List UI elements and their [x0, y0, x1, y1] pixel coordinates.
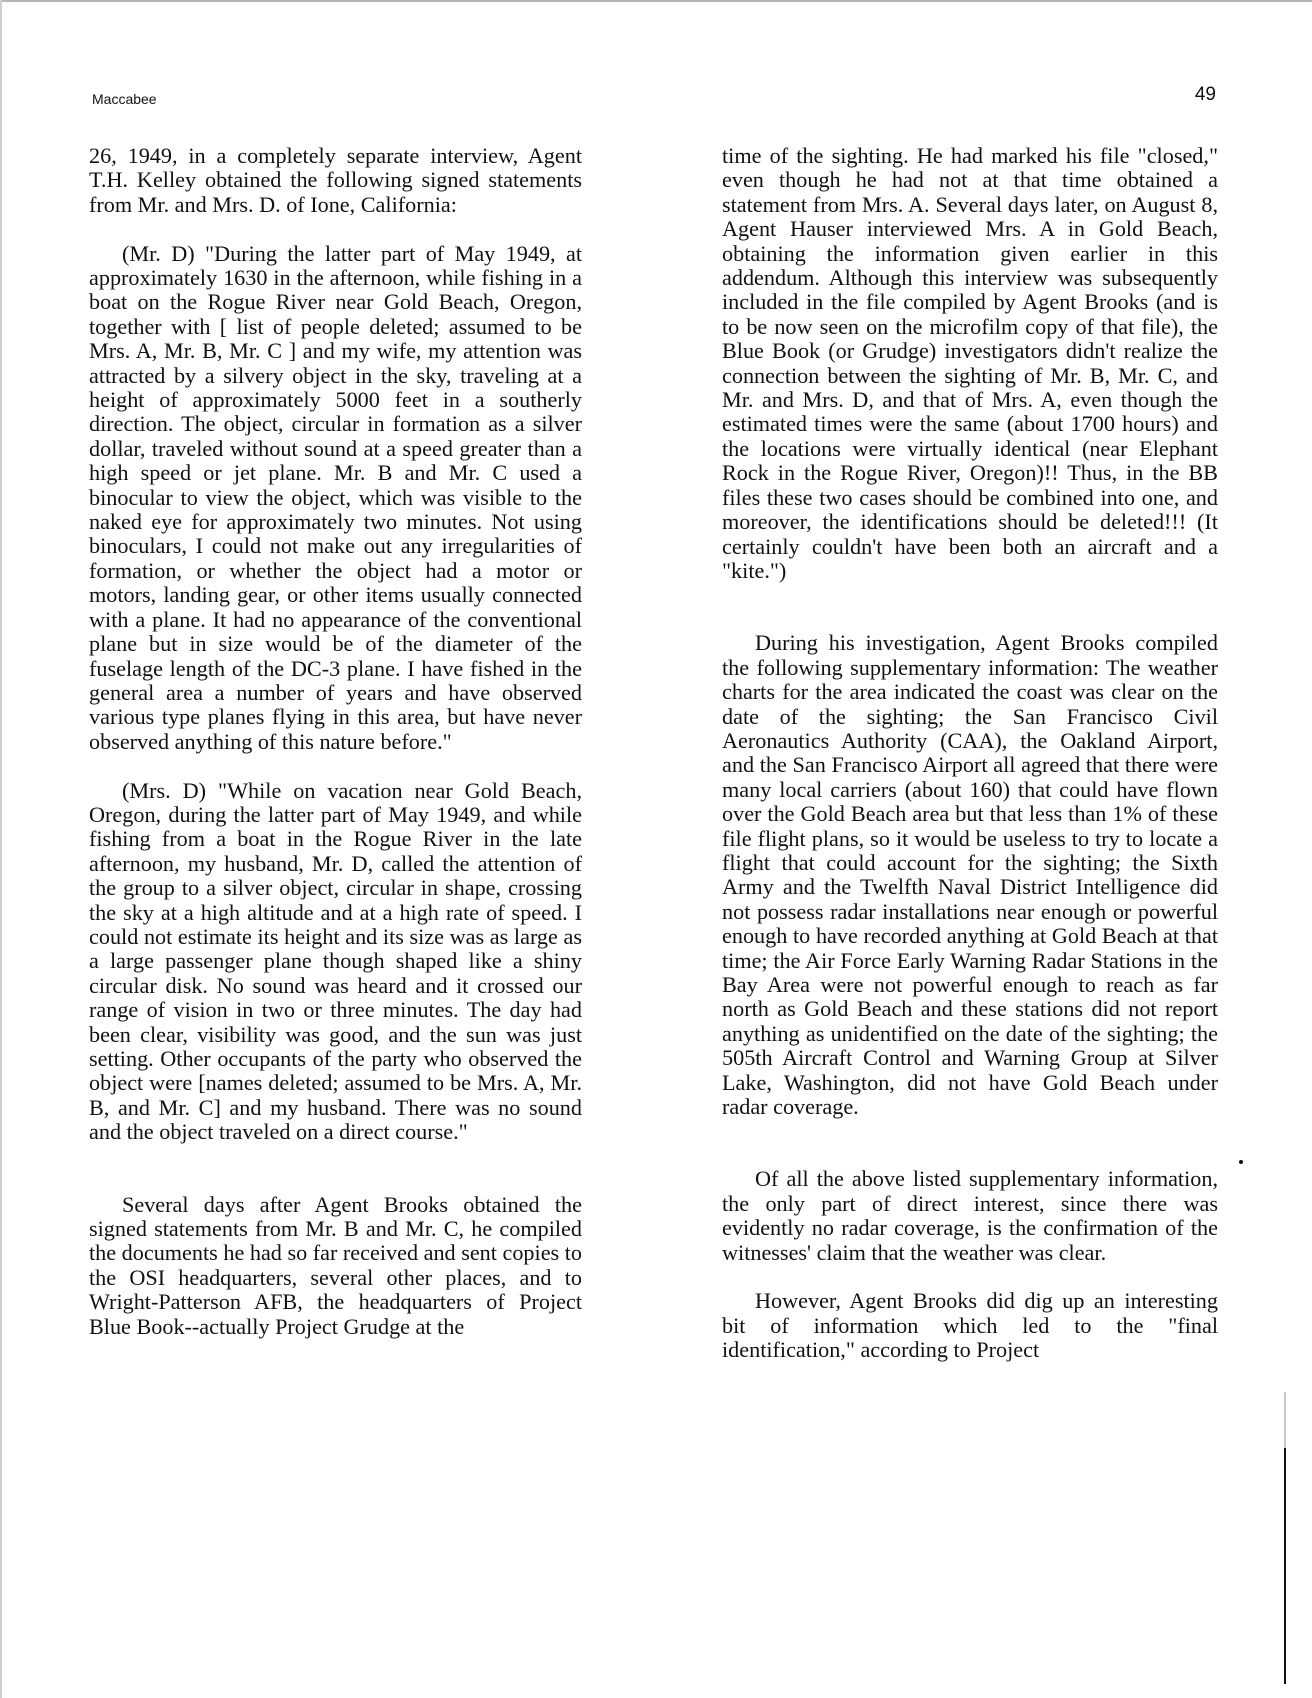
- page-border-left: [0, 0, 2, 1698]
- page-border-top: [0, 0, 1312, 2]
- paragraph-mr-d-statement: (Mr. D) "During the latter part of May 1…: [89, 242, 582, 755]
- paragraph-continuation: 26, 1949, in a completely separate inter…: [89, 144, 582, 217]
- left-column: 26, 1949, in a completely separate inter…: [89, 144, 582, 1339]
- paragraph-direct-interest: Of all the above listed supplementary in…: [722, 1167, 1218, 1265]
- scan-artifact-dot: [1239, 1160, 1243, 1164]
- paragraph-brooks-compiled: Several days after Agent Brooks obtained…: [89, 1193, 582, 1339]
- running-head-author: Maccabee: [92, 91, 157, 107]
- scan-artifact-line: [1284, 1392, 1286, 1684]
- right-column: time of the sighting. He had marked his …: [722, 144, 1218, 1363]
- page-number: 49: [1195, 84, 1216, 106]
- paragraph-mrs-d-statement: (Mrs. D) "While on vacation near Gold Be…: [89, 779, 582, 1145]
- paragraph-supplementary-info: During his investigation, Agent Brooks c…: [722, 631, 1218, 1119]
- paragraph-final-identification: However, Agent Brooks did dig up an inte…: [722, 1289, 1218, 1362]
- paragraph-file-closed: time of the sighting. He had marked his …: [722, 144, 1218, 583]
